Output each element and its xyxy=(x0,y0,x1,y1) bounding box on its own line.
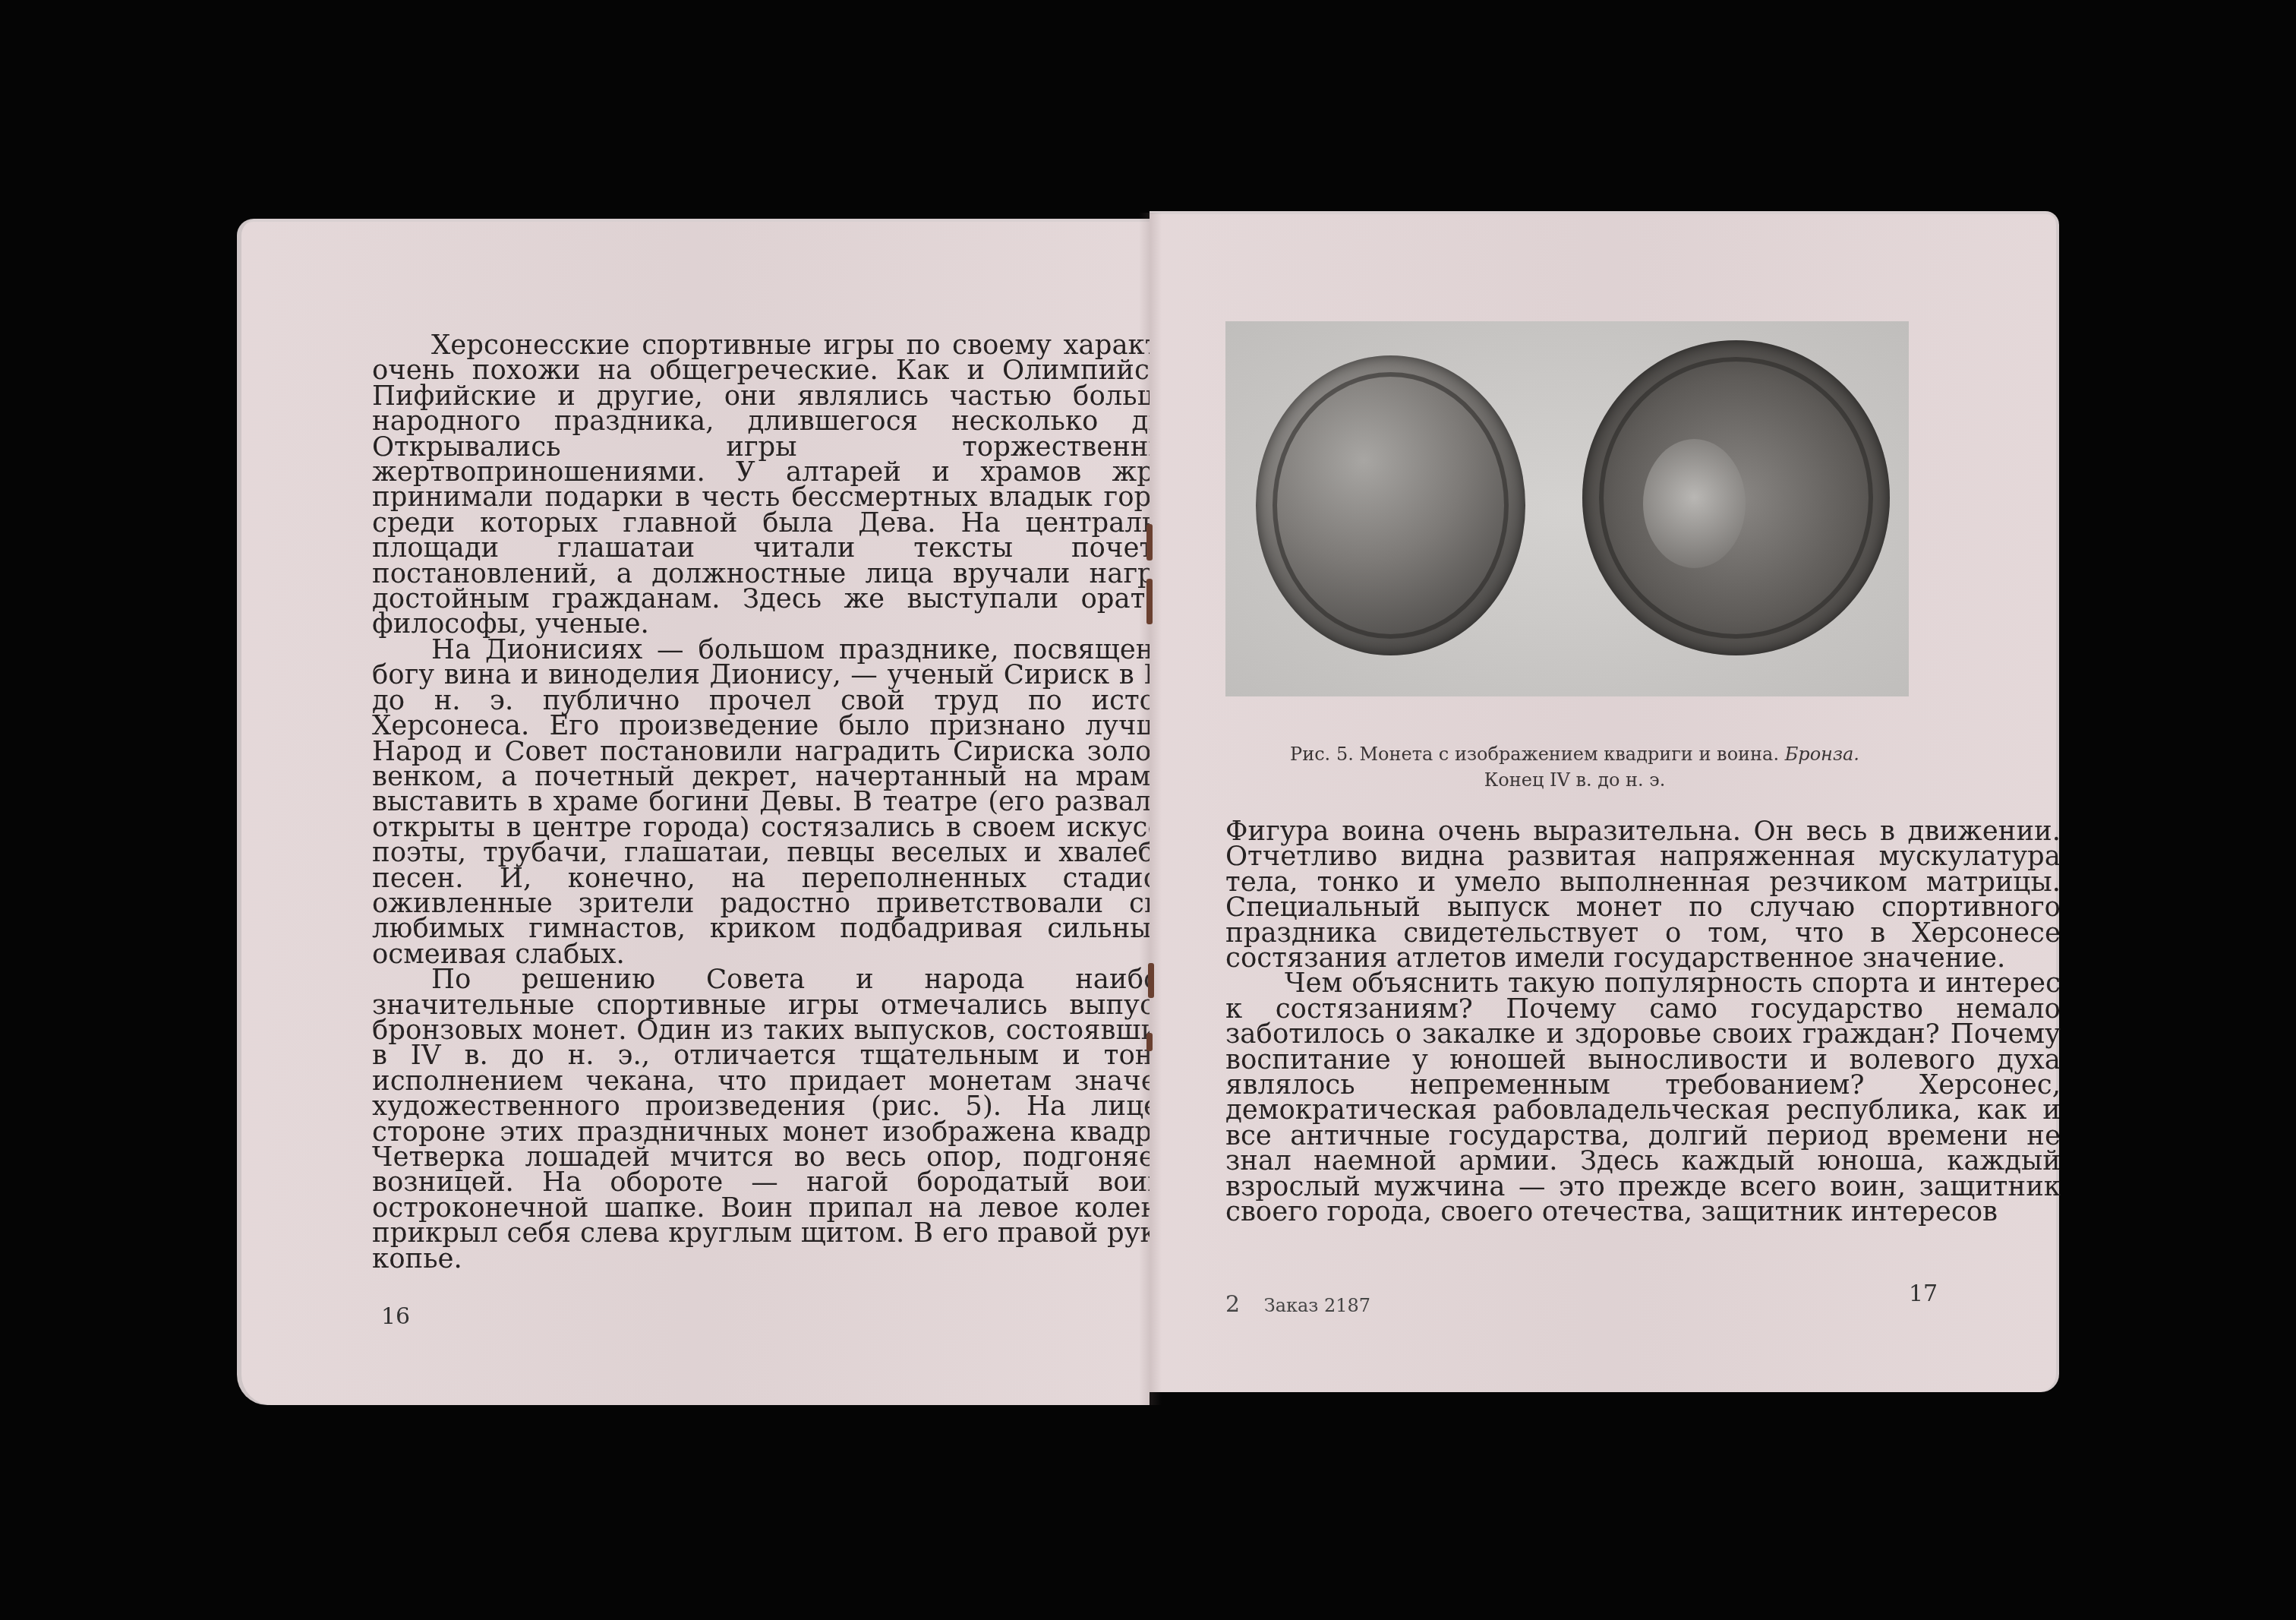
left-page-body: Херсонесские спортивные игры по своему х… xyxy=(372,333,1209,1271)
coin-obverse-quadriga-image xyxy=(1256,355,1525,655)
staple-icon xyxy=(1148,963,1154,998)
page-number-right: 17 xyxy=(1909,1281,1938,1307)
paragraph: Херсонесские спортивные игры по своему х… xyxy=(372,333,1209,637)
right-page: Рис. 5. Монета с изображением квадриги и… xyxy=(1150,211,2059,1392)
paragraph: Фигура воина очень выразительна. Он весь… xyxy=(1225,819,2061,971)
paragraph: По решению Совета и народа наиболее знач… xyxy=(372,967,1209,1271)
page-number-left: 16 xyxy=(381,1303,410,1330)
coin-reverse-warrior-image xyxy=(1582,340,1890,655)
staple-icon xyxy=(1146,524,1153,561)
spine-gutter xyxy=(1139,213,1162,1405)
coin-rim xyxy=(1273,372,1509,639)
caption-date: Конец IV в. до н. э. xyxy=(1484,769,1666,791)
left-page: Херсонесские спортивные игры по своему х… xyxy=(237,219,1150,1405)
signature-number: 2 xyxy=(1225,1291,1240,1318)
right-page-body: Фигура воина очень выразительна. Он весь… xyxy=(1225,819,2061,1225)
staple-icon xyxy=(1146,1033,1153,1051)
open-booklet-spread: Херсонесские спортивные игры по своему х… xyxy=(0,0,2296,1620)
printer-signature: 2 Заказ 2187 xyxy=(1225,1291,1370,1318)
paragraph: Чем объяснить такую популярность спорта … xyxy=(1225,971,2061,1224)
staple-icon xyxy=(1146,579,1153,624)
coin-figure xyxy=(1225,321,1909,696)
caption-material: Бронза. xyxy=(1785,744,1859,765)
paragraph: На Дионисиях — большом празднике, посвящ… xyxy=(372,637,1209,967)
figure-caption: Рис. 5. Монета с изображением квадриги и… xyxy=(1241,741,1909,793)
signature-label: Заказ 2187 xyxy=(1264,1295,1370,1316)
shield-relief xyxy=(1643,439,1746,568)
caption-main: Рис. 5. Монета с изображением квадриги и… xyxy=(1290,744,1779,765)
